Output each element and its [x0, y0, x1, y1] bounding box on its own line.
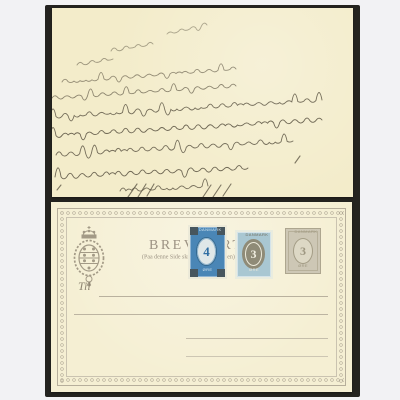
stamp-numeral-oval: 3 [293, 238, 313, 264]
stamp-frame: DANMARK 3 ØRE [237, 232, 271, 277]
stamp-adhesive-3-ore-bicolor: DANMARK 3 ØRE [235, 230, 273, 279]
address-rule-line [186, 356, 328, 357]
stamp-corner-ornament [190, 227, 198, 235]
stamp-corner-ornament [217, 269, 225, 277]
meander-border-top [59, 210, 344, 216]
meander-border-left [59, 210, 65, 383]
stamp-value: 4 [203, 244, 210, 260]
stamp-country-label: DANMARK [295, 230, 312, 234]
address-rule-line [186, 338, 328, 339]
meander-border-right [338, 210, 344, 383]
handwriting-strokes [52, 8, 353, 197]
stamp-numeral-oval: 4 [197, 238, 216, 265]
stamp-unit-label: ØRE [199, 268, 217, 272]
message-card-panel [52, 8, 353, 197]
stamp-numeral-oval: 3 [242, 239, 265, 269]
stamp-value: 3 [251, 247, 257, 262]
stamp-unit-label: ØRE [295, 264, 312, 268]
stamp-frame: DANMARK 4 ØRE [190, 227, 225, 277]
stamp-oval-ring: 3 [245, 242, 262, 266]
stamp-value: 3 [300, 244, 306, 259]
address-card-panel: BREVKORT (Paa denne Side skrives kun Adr… [51, 202, 352, 392]
meander-border-bottom [59, 377, 344, 383]
stamp-country-label: DANMARK [199, 228, 217, 232]
stamp-corner-ornament [190, 269, 198, 277]
stamp-country-label: DANMARK [246, 233, 263, 237]
stamp-imprinted-3-ore-gray: DANMARK 3 ØRE [285, 228, 321, 274]
postal-card-photo: BREVKORT (Paa denne Side skrives kun Adr… [0, 0, 400, 400]
stamp-adhesive-4-ore-blue: DANMARK 4 ØRE [188, 225, 227, 279]
til-label: Til [78, 279, 91, 294]
stamp-unit-label: ØRE [246, 268, 263, 272]
address-rule-line [74, 314, 328, 315]
address-rule-line [99, 296, 328, 297]
